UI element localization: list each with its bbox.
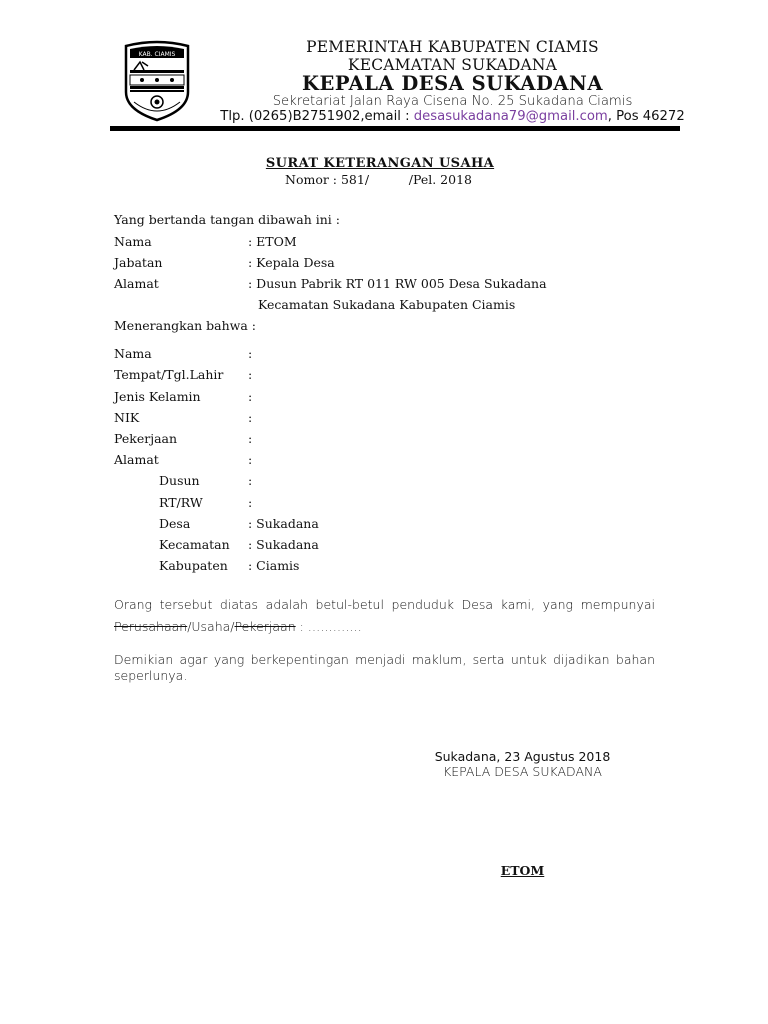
signer-label: Nama <box>114 234 152 249</box>
selected-option-business: /Usaha/ <box>187 619 234 634</box>
address-label: Desa <box>159 516 190 531</box>
letterhead-contact: Tlp. (0265)B2751902,email : desasukadana… <box>200 109 705 124</box>
intro-text: Yang bertanda tangan dibawah ini : <box>114 212 340 227</box>
signer-label: Alamat <box>114 276 159 291</box>
address-label: Kabupaten <box>159 558 228 573</box>
signer-name: ETOM <box>400 863 645 878</box>
address-value: : Sukadana <box>248 537 319 552</box>
signer-value: : Kepala Desa <box>248 255 335 270</box>
subject-label: Nama <box>114 346 152 361</box>
signer-value: : ETOM <box>248 234 297 249</box>
letterhead-office: KEPALA DESA SUKADANA <box>200 72 705 95</box>
address-label: Dusun <box>159 473 200 488</box>
letterhead-address: Sekretariat Jalan Raya Cisena No. 25 Suk… <box>200 94 705 109</box>
address-value: : Sukadana <box>248 516 319 531</box>
business-field-blank: : …………. <box>296 619 362 634</box>
subject-label: Alamat <box>114 452 159 467</box>
subject-value: : <box>248 367 252 382</box>
contact-postal: , Pos 46272 <box>608 109 685 124</box>
subject-value: : <box>248 389 252 404</box>
address-value: : <box>248 495 252 510</box>
address-label: RT/RW <box>159 495 203 510</box>
letterhead-government: PEMERINTAH KABUPATEN CIAMIS <box>200 38 705 56</box>
subject-value: : <box>248 452 252 467</box>
contact-email-link[interactable]: desasukadana79@gmail.com <box>414 109 608 124</box>
address-label: Kecamatan <box>159 537 230 552</box>
subject-label: Tempat/Tgl.Lahir <box>114 367 223 382</box>
letterhead-divider <box>110 126 680 131</box>
kabupaten-ciamis-emblem-icon: KAB. CIAMIS <box>120 40 194 122</box>
address-value: : <box>248 473 252 488</box>
statement-text: Orang tersebut diatas adalah betul-betul… <box>114 597 655 612</box>
statement-paragraph: Orang tersebut diatas adalah betul-betul… <box>114 594 655 638</box>
subject-value: : <box>248 410 252 425</box>
states-text: Menerangkan bahwa : <box>114 318 256 333</box>
svg-text:KAB. CIAMIS: KAB. CIAMIS <box>139 51 176 58</box>
subject-value: : <box>248 346 252 361</box>
signer-value: : Dusun Pabrik RT 011 RW 005 Desa Sukada… <box>248 276 547 291</box>
subject-label: Jenis Kelamin <box>114 389 201 404</box>
struck-option-company: Perusahaan <box>114 619 187 634</box>
struck-option-occupation: Pekerjaan <box>235 619 296 634</box>
closing-paragraph: Demikian agar yang berkepentingan menjad… <box>114 652 655 684</box>
subject-label: NIK <box>114 410 139 425</box>
signer-label: Jabatan <box>114 255 162 270</box>
subject-label: Pekerjaan <box>114 431 177 446</box>
document-title: SURAT KETERANGAN USAHA <box>200 156 560 171</box>
address-value: : Ciamis <box>248 558 299 573</box>
contact-phone: Tlp. (0265)B2751902,email : <box>220 109 414 124</box>
signer-value: Kecamatan Sukadana Kabupaten Ciamis <box>258 297 515 312</box>
signer-position: KEPALA DESA SUKADANA <box>400 764 645 779</box>
place-date: Sukadana, 23 Agustus 2018 <box>400 749 645 764</box>
document-number: Nomor : 581/ /Pel. 2018 <box>285 172 472 187</box>
subject-value: : <box>248 431 252 446</box>
